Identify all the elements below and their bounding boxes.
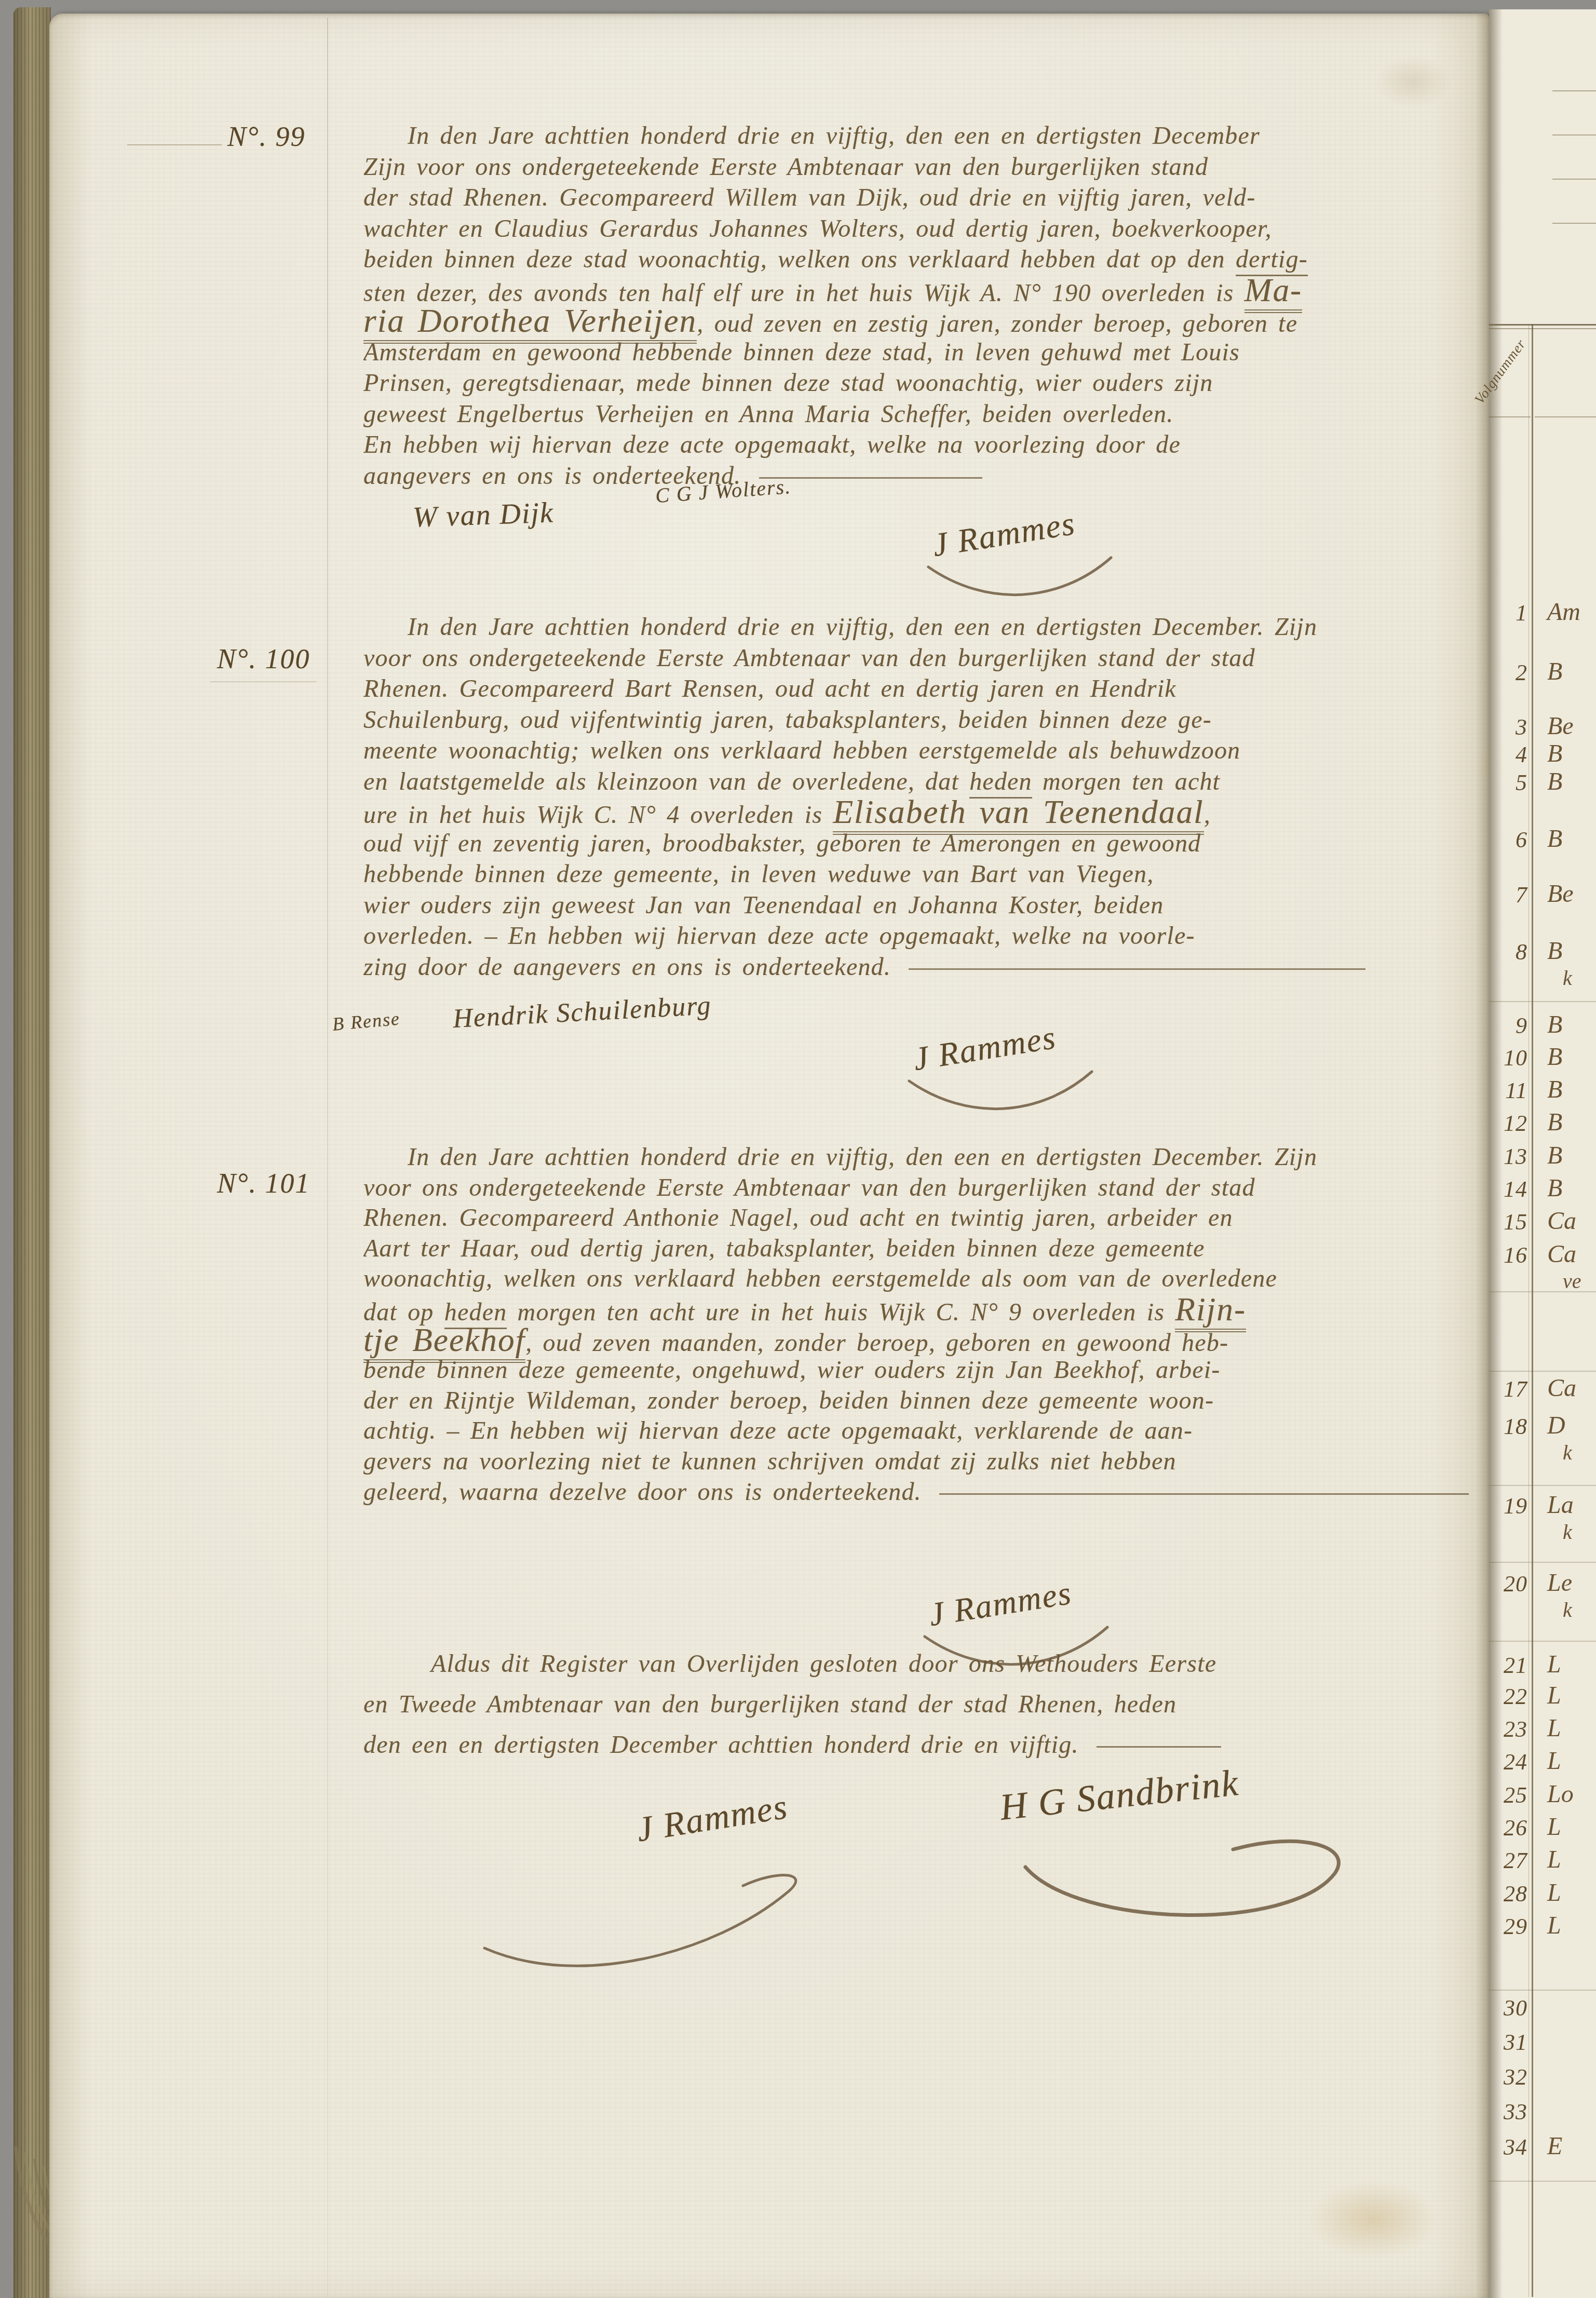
manuscript-line: meente woonachtig; welken ons verklaard … <box>363 735 1240 766</box>
index-row-number: 11 <box>1493 1077 1527 1104</box>
index-row-number: 23 <box>1493 1716 1527 1742</box>
manuscript-text: Aart ter Haar, oud dertig jaren, tabaksp… <box>363 1235 1205 1262</box>
manuscript-line: den een en dertigsten December achttien … <box>363 1725 1221 1765</box>
entry-number-label: N°. 100 <box>217 643 310 675</box>
manuscript-text: der stad Rhenen. Gecompareerd Willem van… <box>363 184 1255 211</box>
index-row-name-fragment: L <box>1547 1878 1596 1907</box>
index-row-name-fragment: ve <box>1563 1269 1596 1293</box>
index-row-number: 4 <box>1493 741 1527 768</box>
index-row-name-fragment: Lo <box>1547 1780 1596 1808</box>
index-row-number: 7 <box>1493 882 1527 908</box>
manuscript-text: In den Jare achttien honderd drie en vij… <box>408 1143 1317 1171</box>
index-row-name-fragment: Ca <box>1547 1207 1596 1235</box>
manuscript-text: wachter en Claudius Gerardus Johannes Wo… <box>363 215 1272 242</box>
table-rule <box>1489 328 1596 329</box>
index-row-name-fragment: L <box>1547 1911 1596 1940</box>
index-row-name-fragment: B <box>1547 1043 1596 1071</box>
index-row-name-fragment: k <box>1563 1520 1596 1544</box>
manuscript-text: en laatstgemelde als kleinzoon van de ov… <box>363 768 969 795</box>
index-row-name-fragment: B <box>1547 767 1596 796</box>
table-rule <box>1552 90 1596 91</box>
manuscript-block: Aldus dit Register van Overlijden geslot… <box>363 1644 1489 1778</box>
entry-number-label: N°. 101 <box>217 1167 310 1199</box>
manuscript-text: hebbende binnen deze gemeente, in leven … <box>363 860 1154 888</box>
index-row-name-fragment: L <box>1547 1813 1596 1841</box>
paper-stain <box>1308 2181 1438 2259</box>
manuscript-line: en Tweede Ambtenaar van den burgerlijken… <box>363 1684 1176 1725</box>
manuscript-text: geleerd, waarna dezelve door ons is onde… <box>363 1478 932 1506</box>
manuscript-text: Rhenen. Gecompareerd Anthonie Nagel, oud… <box>363 1204 1233 1232</box>
table-column-rule <box>1529 324 1529 2297</box>
manuscript-line: voor ons ondergeteekende Eerste Ambtenaa… <box>363 643 1255 674</box>
manuscript-block: In den Jare achttien honderd drie en vij… <box>363 120 1489 504</box>
table-rule <box>1489 416 1531 417</box>
index-row-number: 16 <box>1493 1242 1527 1268</box>
book-fore-edge <box>13 7 51 2298</box>
index-row-number: 33 <box>1493 2099 1527 2125</box>
index-row-name-fragment: B <box>1547 739 1596 768</box>
manuscript-block: In den Jare achttien honderd drie en vij… <box>363 612 1489 995</box>
manuscript-line: Rhenen. Gecompareerd Anthonie Nagel, oud… <box>363 1203 1233 1234</box>
manuscript-text: Prinsen, geregtsdienaar, mede binnen dez… <box>363 369 1213 397</box>
index-row-name-fragment: k <box>1563 966 1596 990</box>
index-row-name-fragment: E <box>1547 2132 1596 2160</box>
table-rule <box>1489 1641 1596 1642</box>
manuscript-text: Rhenen. Gecompareerd Bart Rensen, oud ac… <box>363 675 1176 702</box>
index-row-number: 3 <box>1493 714 1527 740</box>
manuscript-text: Amsterdam en gewoond hebbende binnen dez… <box>363 339 1240 366</box>
index-row-name-fragment: Ca <box>1547 1374 1596 1402</box>
manuscript-text: Schuilenburg, oud vijfentwintig jaren, t… <box>363 706 1212 734</box>
manuscript-text: morgen ten acht ure in het huis Wijk C. … <box>507 1299 1175 1326</box>
manuscript-text: en Tweede Ambtenaar van den burgerlijken… <box>363 1691 1176 1718</box>
manuscript-line: gevers na voorlezing niet te kunnen schr… <box>363 1447 1176 1477</box>
index-row-number: 2 <box>1493 659 1527 686</box>
manuscript-line: Schuilenburg, oud vijfentwintig jaren, t… <box>363 705 1212 736</box>
manuscript-line: tje Beekhof, oud zeven maanden, zonder b… <box>363 1325 1228 1359</box>
entry-number-label: N°. 99 <box>227 120 306 153</box>
manuscript-line: In den Jare achttien honderd drie en vij… <box>363 120 1260 152</box>
manuscript-line: der stad Rhenen. Gecompareerd Willem van… <box>363 182 1255 213</box>
manuscript-text: , oud zeven maanden, zonder beroep, gebo… <box>525 1329 1228 1357</box>
index-row-name-fragment: L <box>1547 1845 1596 1874</box>
index-row-name-fragment: Be <box>1547 712 1596 740</box>
manuscript-text: ure in het huis Wijk C. N° 4 overleden i… <box>363 801 833 829</box>
index-row-number: 25 <box>1493 1782 1527 1808</box>
table-rule <box>1489 1485 1596 1486</box>
manuscript-text: bende binnen deze gemeente, ongehuwd, wi… <box>363 1356 1220 1384</box>
index-row-name-fragment: Be <box>1547 880 1596 908</box>
register-right-page: Volgnummer 1Am2B3Be4B5B6B7Be8Bk9B10B11B1… <box>1489 9 1596 2298</box>
index-row-number: 19 <box>1493 1493 1527 1519</box>
index-row-number: 26 <box>1493 1815 1527 1841</box>
index-row-name-fragment: Am <box>1547 598 1596 626</box>
scanned-register-spread: Volgnummer 1Am2B3Be4B5B6B7Be8Bk9B10B11B1… <box>0 0 1596 2298</box>
manuscript-text: voor ons ondergeteekende Eerste Ambtenaa… <box>363 644 1255 672</box>
manuscript-text: wier ouders zijn geweest Jan van Teenend… <box>363 891 1164 919</box>
table-rule <box>1552 179 1596 180</box>
manuscript-text: voor ons ondergeteekende Eerste Ambtenaa… <box>363 1174 1255 1201</box>
index-row-number: 32 <box>1493 2064 1527 2090</box>
manuscript-line: achtig. – En hebben wij hiervan deze act… <box>363 1416 1193 1447</box>
index-row-number: 27 <box>1493 1847 1527 1874</box>
index-row-name-fragment: B <box>1547 1108 1596 1137</box>
index-row-name-fragment: La <box>1547 1491 1596 1519</box>
manuscript-line: overleden. – En hebben wij hiervan deze … <box>363 921 1195 952</box>
index-row-number: 18 <box>1493 1413 1527 1440</box>
manuscript-line: ria Dorothea Verheijen, oud zeven en zes… <box>363 306 1297 340</box>
table-rule <box>1552 223 1596 224</box>
manuscript-line: Prinsen, geregtsdienaar, mede binnen dez… <box>363 368 1213 399</box>
manuscript-text: zing door de aangevers en ons is onderte… <box>363 953 901 981</box>
manuscript-text: overleden. – En hebben wij hiervan deze … <box>363 922 1195 950</box>
index-row-number: 28 <box>1493 1881 1527 1907</box>
manuscript-line: Zijn voor ons ondergeteekende Eerste Amb… <box>363 152 1208 183</box>
manuscript-text: morgen ten acht <box>1032 768 1220 795</box>
index-row-number: 9 <box>1493 1012 1527 1039</box>
manuscript-text: gevers na voorlezing niet te kunnen schr… <box>363 1448 1176 1475</box>
index-row-number: 10 <box>1493 1045 1527 1071</box>
index-row-number: 13 <box>1493 1143 1527 1170</box>
manuscript-line: woonachtig, welken ons verklaard hebben … <box>363 1264 1277 1294</box>
manuscript-line: geweest Engelbertus Verheijen en Anna Ma… <box>363 399 1173 430</box>
index-row-number: 12 <box>1493 1110 1527 1137</box>
manuscript-text: geweest Engelbertus Verheijen en Anna Ma… <box>363 400 1173 428</box>
manuscript-text: In den Jare achttien honderd drie en vij… <box>408 613 1317 641</box>
index-row-number: 24 <box>1493 1749 1527 1775</box>
manuscript-text: beiden binnen deze stad woonachtig, welk… <box>363 246 1236 273</box>
index-row-name-fragment: B <box>1547 1075 1596 1104</box>
table-column-rule <box>1532 324 1533 2297</box>
index-row-name-fragment: k <box>1563 1440 1596 1465</box>
index-row-name-fragment: k <box>1563 1598 1596 1622</box>
table-rule <box>1489 1990 1596 1991</box>
vertical-crease <box>327 18 328 2297</box>
ink-rule <box>909 968 1365 970</box>
paper-stain <box>1375 56 1453 108</box>
index-row-name-fragment: L <box>1547 1681 1596 1710</box>
manuscript-line: Aldus dit Register van Overlijden geslot… <box>363 1644 1216 1684</box>
manuscript-line: Rhenen. Gecompareerd Bart Rensen, oud ac… <box>363 673 1176 705</box>
index-row-number: 20 <box>1493 1571 1527 1597</box>
manuscript-text: achtig. – En hebben wij hiervan deze act… <box>363 1417 1193 1444</box>
index-row-name-fragment: Ca <box>1547 1240 1596 1268</box>
index-row-number: 31 <box>1493 2029 1527 2056</box>
manuscript-text: , oud zeven en zestig jaren, zonder bero… <box>697 310 1297 337</box>
table-rule <box>1489 1001 1596 1002</box>
manuscript-text: In den Jare achttien honderd drie en vij… <box>408 122 1260 150</box>
manuscript-text: En hebben wij hiervan deze acte opgemaak… <box>363 431 1181 458</box>
index-row-number: 29 <box>1493 1913 1527 1940</box>
manuscript-line: oud vijf en zeventig jaren, broodbakster… <box>363 828 1201 859</box>
index-row-name-fragment: L <box>1547 1650 1596 1679</box>
margin-rule-mark <box>210 681 317 682</box>
manuscript-line: In den Jare achttien honderd drie en vij… <box>363 612 1317 643</box>
index-row-name-fragment: B <box>1547 1174 1596 1202</box>
table-rule <box>1489 1291 1596 1292</box>
index-row-number: 15 <box>1493 1209 1527 1235</box>
table-rule <box>1552 134 1596 136</box>
manuscript-text: Zijn voor ons ondergeteekende Eerste Amb… <box>363 153 1208 181</box>
manuscript-text: Aldus dit Register van Overlijden geslot… <box>431 1650 1216 1678</box>
table-rule <box>1489 1371 1596 1372</box>
manuscript-text: der en Rijntje Wildeman, zonder beroep, … <box>363 1387 1214 1414</box>
index-row-name-fragment: L <box>1547 1714 1596 1742</box>
manuscript-text: oud vijf en zeventig jaren, broodbakster… <box>363 830 1201 857</box>
manuscript-line: ure in het huis Wijk C. N° 4 overleden i… <box>363 797 1211 831</box>
manuscript-line: In den Jare achttien honderd drie en vij… <box>363 1142 1317 1173</box>
index-row-number: 8 <box>1493 939 1527 965</box>
manuscript-line: Amsterdam en gewoond hebbende binnen dez… <box>363 337 1240 368</box>
index-row-name-fragment: D <box>1547 1411 1596 1440</box>
ink-rule <box>939 1493 1469 1495</box>
index-row-number: 1 <box>1493 600 1527 626</box>
manuscript-line: wachter en Claudius Gerardus Johannes Wo… <box>363 213 1272 245</box>
margin-rule-mark <box>127 144 222 145</box>
index-row-number: 17 <box>1493 1376 1527 1402</box>
manuscript-text: meente woonachtig; welken ons verklaard … <box>363 737 1240 764</box>
signature: W van Dijk <box>412 496 554 534</box>
manuscript-line: bende binnen deze gemeente, ongehuwd, wi… <box>363 1355 1220 1386</box>
index-row-number: 30 <box>1493 1995 1527 2021</box>
manuscript-line: zing door de aangevers en ons is onderte… <box>363 952 1365 983</box>
index-row-name-fragment: B <box>1547 1010 1596 1039</box>
index-row-name-fragment: B <box>1547 1141 1596 1170</box>
index-row-name-fragment: Le <box>1547 1569 1596 1597</box>
ink-rule <box>759 477 982 479</box>
index-row-number: 6 <box>1493 827 1527 853</box>
manuscript-line: Aart ter Haar, oud dertig jaren, tabaksp… <box>363 1234 1205 1264</box>
index-row-number: 22 <box>1493 1683 1527 1710</box>
ink-rule <box>1097 1746 1221 1748</box>
manuscript-line: voor ons ondergeteekende Eerste Ambtenaa… <box>363 1173 1255 1204</box>
table-rule <box>1489 2181 1596 2182</box>
index-row-name-fragment: B <box>1547 937 1596 965</box>
manuscript-text: , <box>1204 801 1211 829</box>
manuscript-line: hebbende binnen deze gemeente, in leven … <box>363 859 1154 890</box>
index-row-number: 34 <box>1493 2134 1527 2160</box>
manuscript-line: wier ouders zijn geweest Jan van Teenend… <box>363 890 1164 921</box>
index-row-name-fragment: B <box>1547 824 1596 853</box>
table-rule <box>1489 1562 1596 1563</box>
manuscript-line: beiden binnen deze stad woonachtig, welk… <box>363 244 1308 275</box>
manuscript-text: woonachtig, welken ons verklaard hebben … <box>363 1265 1277 1292</box>
table-rule <box>1535 416 1596 417</box>
index-row-number: 14 <box>1493 1176 1527 1202</box>
manuscript-block: In den Jare achttien honderd drie en vij… <box>363 1142 1489 1520</box>
manuscript-line: En hebben wij hiervan deze acte opgemaak… <box>363 429 1181 461</box>
manuscript-line: der en Rijntje Wildeman, zonder beroep, … <box>363 1386 1214 1416</box>
index-row-number: 5 <box>1493 769 1527 796</box>
index-row-number: 21 <box>1493 1652 1527 1679</box>
manuscript-line: geleerd, waarna dezelve door ons is onde… <box>363 1477 1469 1508</box>
index-row-name-fragment: B <box>1547 657 1596 686</box>
manuscript-text: den een en dertigsten December achttien … <box>363 1731 1089 1759</box>
index-row-name-fragment: L <box>1547 1747 1596 1775</box>
manuscript-line: en laatstgemelde als kleinzoon van de ov… <box>363 766 1220 797</box>
